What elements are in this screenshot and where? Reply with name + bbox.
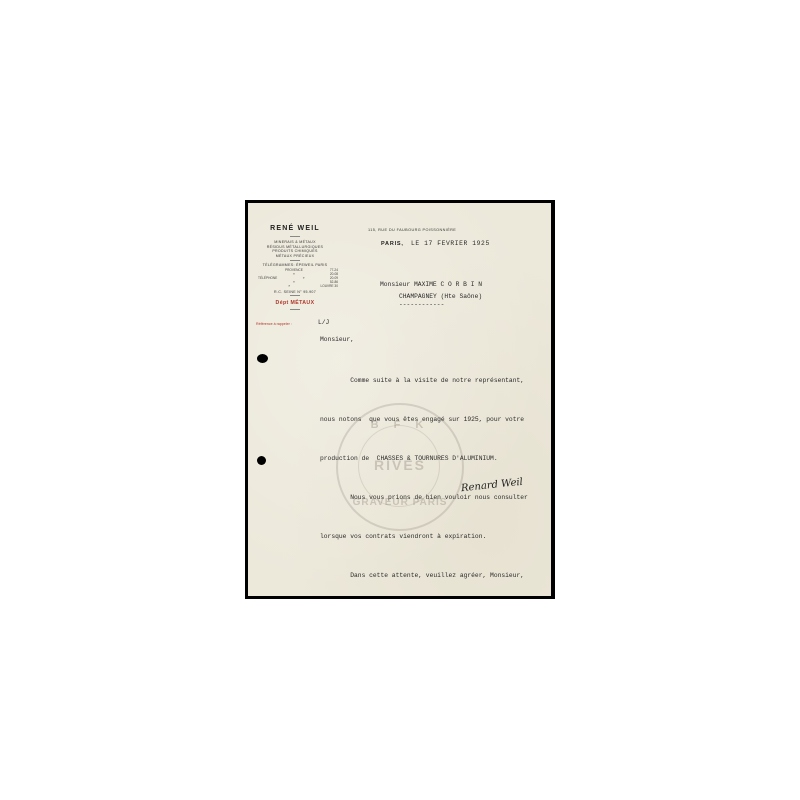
company-name: RENÉ WEIL <box>252 225 338 232</box>
stamp-top-text: B F K <box>338 419 462 431</box>
registry-number: R.C. SEINE N° 95.907 <box>252 290 338 294</box>
divider <box>290 236 300 237</box>
tel-exchange: » <box>303 276 305 280</box>
tel-exchange: » <box>293 272 295 276</box>
city-label: PARIS, <box>381 241 404 247</box>
body-line: lorsque vos contrats viendront à expirat… <box>320 530 528 543</box>
tel-number: LOUVRE 30 <box>320 284 338 288</box>
body-line: Comme suite à la visite de notre représe… <box>320 374 528 387</box>
body-line: Dans cette attente, veuillez agréer, Mon… <box>320 569 528 582</box>
salutation: Monsieur, <box>320 336 354 343</box>
department-label: Dépt MÉTAUX <box>252 300 338 306</box>
stamp-bottom-text: GRAVEUR PARIS <box>338 497 462 508</box>
stamp-center-text: RIVES <box>338 457 462 473</box>
telephone-label: TÉLÉPHONE <box>258 276 277 280</box>
tel-exchange: » <box>288 284 290 288</box>
reference-label: Référence à rappeler : <box>256 322 292 326</box>
divider <box>290 309 300 310</box>
recipient-underline: ------------ <box>399 301 444 308</box>
divider <box>290 260 300 261</box>
binder-hole <box>257 354 268 363</box>
street-address: 115, RUE DU FAUBOURG POISSONNIÈRE <box>368 228 456 232</box>
tel-exchange: » <box>293 280 295 284</box>
activity-line: MÉTAUX PRÉCIEUX <box>252 254 338 258</box>
divider <box>290 295 300 296</box>
reference-value: L/J <box>318 319 329 326</box>
binder-hole <box>257 456 266 465</box>
telephone-block: PROVENCE77-24 »20-08 TÉLÉPHONE»20-09 »52… <box>258 268 338 288</box>
telegraph-address: TÉLÉGRAMMES: ÉPEWEIL PARIS <box>252 263 338 267</box>
letter-page: RENÉ WEIL MINERAIS & MÉTAUX RÉSIDUS MÉTA… <box>248 203 551 596</box>
paper-watermark-stamp: B F K RIVES GRAVEUR PARIS <box>336 403 464 531</box>
letter-date: LE 17 FEVRIER 1925 <box>411 240 490 247</box>
recipient-city: CHAMPAGNEY (Hte Saône) <box>399 293 482 300</box>
recipient-name: Monsieur MAXIME C O R B I N <box>380 281 482 288</box>
